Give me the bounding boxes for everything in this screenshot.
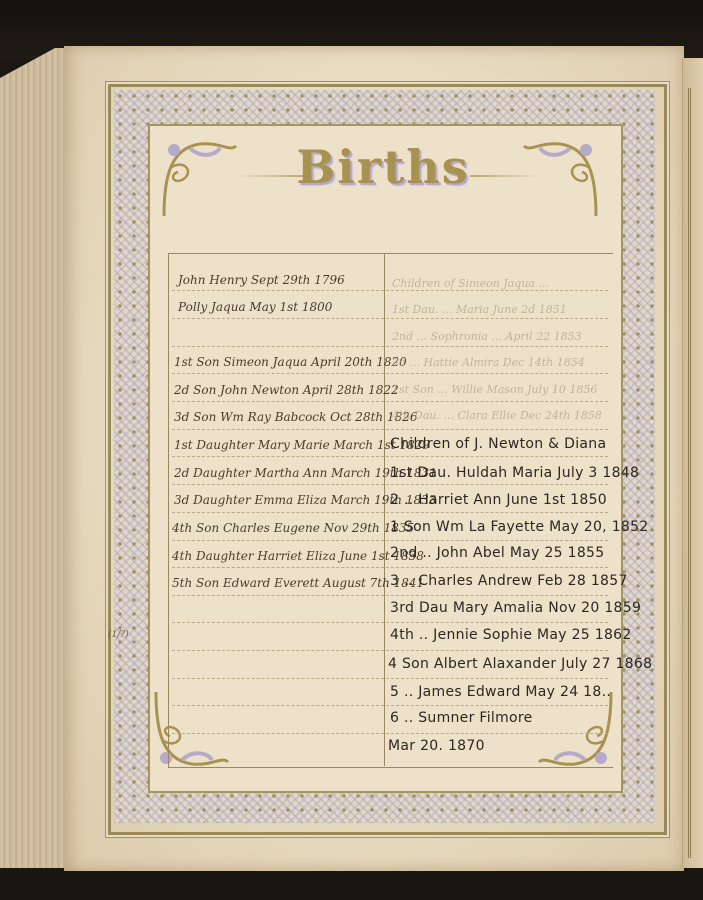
- ruled-line: [172, 429, 608, 430]
- margin-note: (1/?): [108, 630, 129, 640]
- child-entry-ink: 1st Dau. Huldah Maria July 3 1848: [390, 465, 639, 481]
- ruled-line: [172, 567, 608, 568]
- ruled-line: [172, 540, 608, 541]
- child-entry-ink: 6 .. Sumner Filmore: [390, 710, 533, 726]
- ruled-line: [172, 456, 608, 457]
- faded-pencil-entry: 1st Dau. ... Maria June 2d 1851: [392, 303, 567, 316]
- ruled-line: [172, 678, 608, 679]
- page-title: Births: [283, 140, 483, 210]
- parent-entry: Polly Jaqua May 1st 1800: [178, 300, 332, 314]
- ruled-line: [172, 733, 608, 734]
- book-page-edges: [0, 48, 74, 868]
- child-entry: 3d Son Wm Ray Babcock Oct 28th 1826: [174, 410, 417, 424]
- child-entry-ink: 2nd .. John Abel May 25 1855: [390, 545, 604, 561]
- faded-pencil-entry: Children of Simeon Jaqua ...: [392, 277, 549, 290]
- ruled-line: [172, 512, 608, 513]
- ruled-line: [172, 346, 608, 347]
- child-entry: 1st Son Simeon Jaqua April 20th 1820: [174, 355, 407, 369]
- child-entry: 4th Son Charles Eugene Nov 29th 1835: [172, 521, 414, 535]
- faded-pencil-entry: 3d ... Hattie Almira Dec 14th 1854: [392, 356, 585, 369]
- child-entry-ink: Mar 20. 1870: [388, 738, 485, 754]
- child-entry-ink: 3rd Dau Mary Amalia Nov 20 1859: [390, 600, 641, 616]
- ruled-line: [172, 318, 608, 319]
- ruled-line: [172, 484, 608, 485]
- child-entry-ink: 2 .. Harriet Ann June 1st 1850: [390, 492, 607, 508]
- child-entry: 2d Son John Newton April 28th 1822: [174, 383, 399, 397]
- ruled-line: [172, 290, 608, 291]
- faded-pencil-entry: 4th Dau. ... Clara Ellie Dec 24th 1858: [392, 409, 602, 422]
- facing-page-frame: [688, 88, 703, 858]
- corner-flourish-top-right-icon: [520, 138, 600, 218]
- ruled-line: [172, 373, 608, 374]
- column-divider: [384, 253, 385, 766]
- child-entry-ink: 1 Son Wm La Fayette May 20, 1852: [390, 519, 649, 535]
- ruled-line: [172, 401, 608, 402]
- ruled-line: [172, 650, 608, 651]
- child-entry-ink: 5 .. James Edward May 24 18..: [390, 684, 611, 700]
- ruled-line: [172, 705, 608, 706]
- parent-entry: John Henry Sept 29th 1796: [178, 273, 345, 287]
- dark-background-bottom: [0, 870, 703, 900]
- family-heading: Children of J. Newton & Diana: [390, 436, 606, 452]
- child-entry: 5th Son Edward Everett August 7th 1841: [172, 576, 424, 590]
- corner-flourish-top-left-icon: [160, 138, 240, 218]
- child-entry: 4th Daughter Harriet Eliza June 1st 1838: [172, 549, 424, 563]
- faded-pencil-entry: 1st Son ... Willie Mason July 10 1856: [392, 383, 597, 396]
- child-entry-ink: 4 Son Albert Alaxander July 27 1868: [388, 656, 652, 672]
- child-entry-ink: 3 .. Charles Andrew Feb 28 1857: [390, 573, 628, 589]
- ruled-line: [172, 595, 608, 596]
- ruled-line: [172, 622, 608, 623]
- faded-pencil-entry: 2nd ... Sophronia ... April 22 1853: [392, 330, 582, 343]
- child-entry-ink: 4th .. Jennie Sophie May 25 1862: [390, 627, 632, 643]
